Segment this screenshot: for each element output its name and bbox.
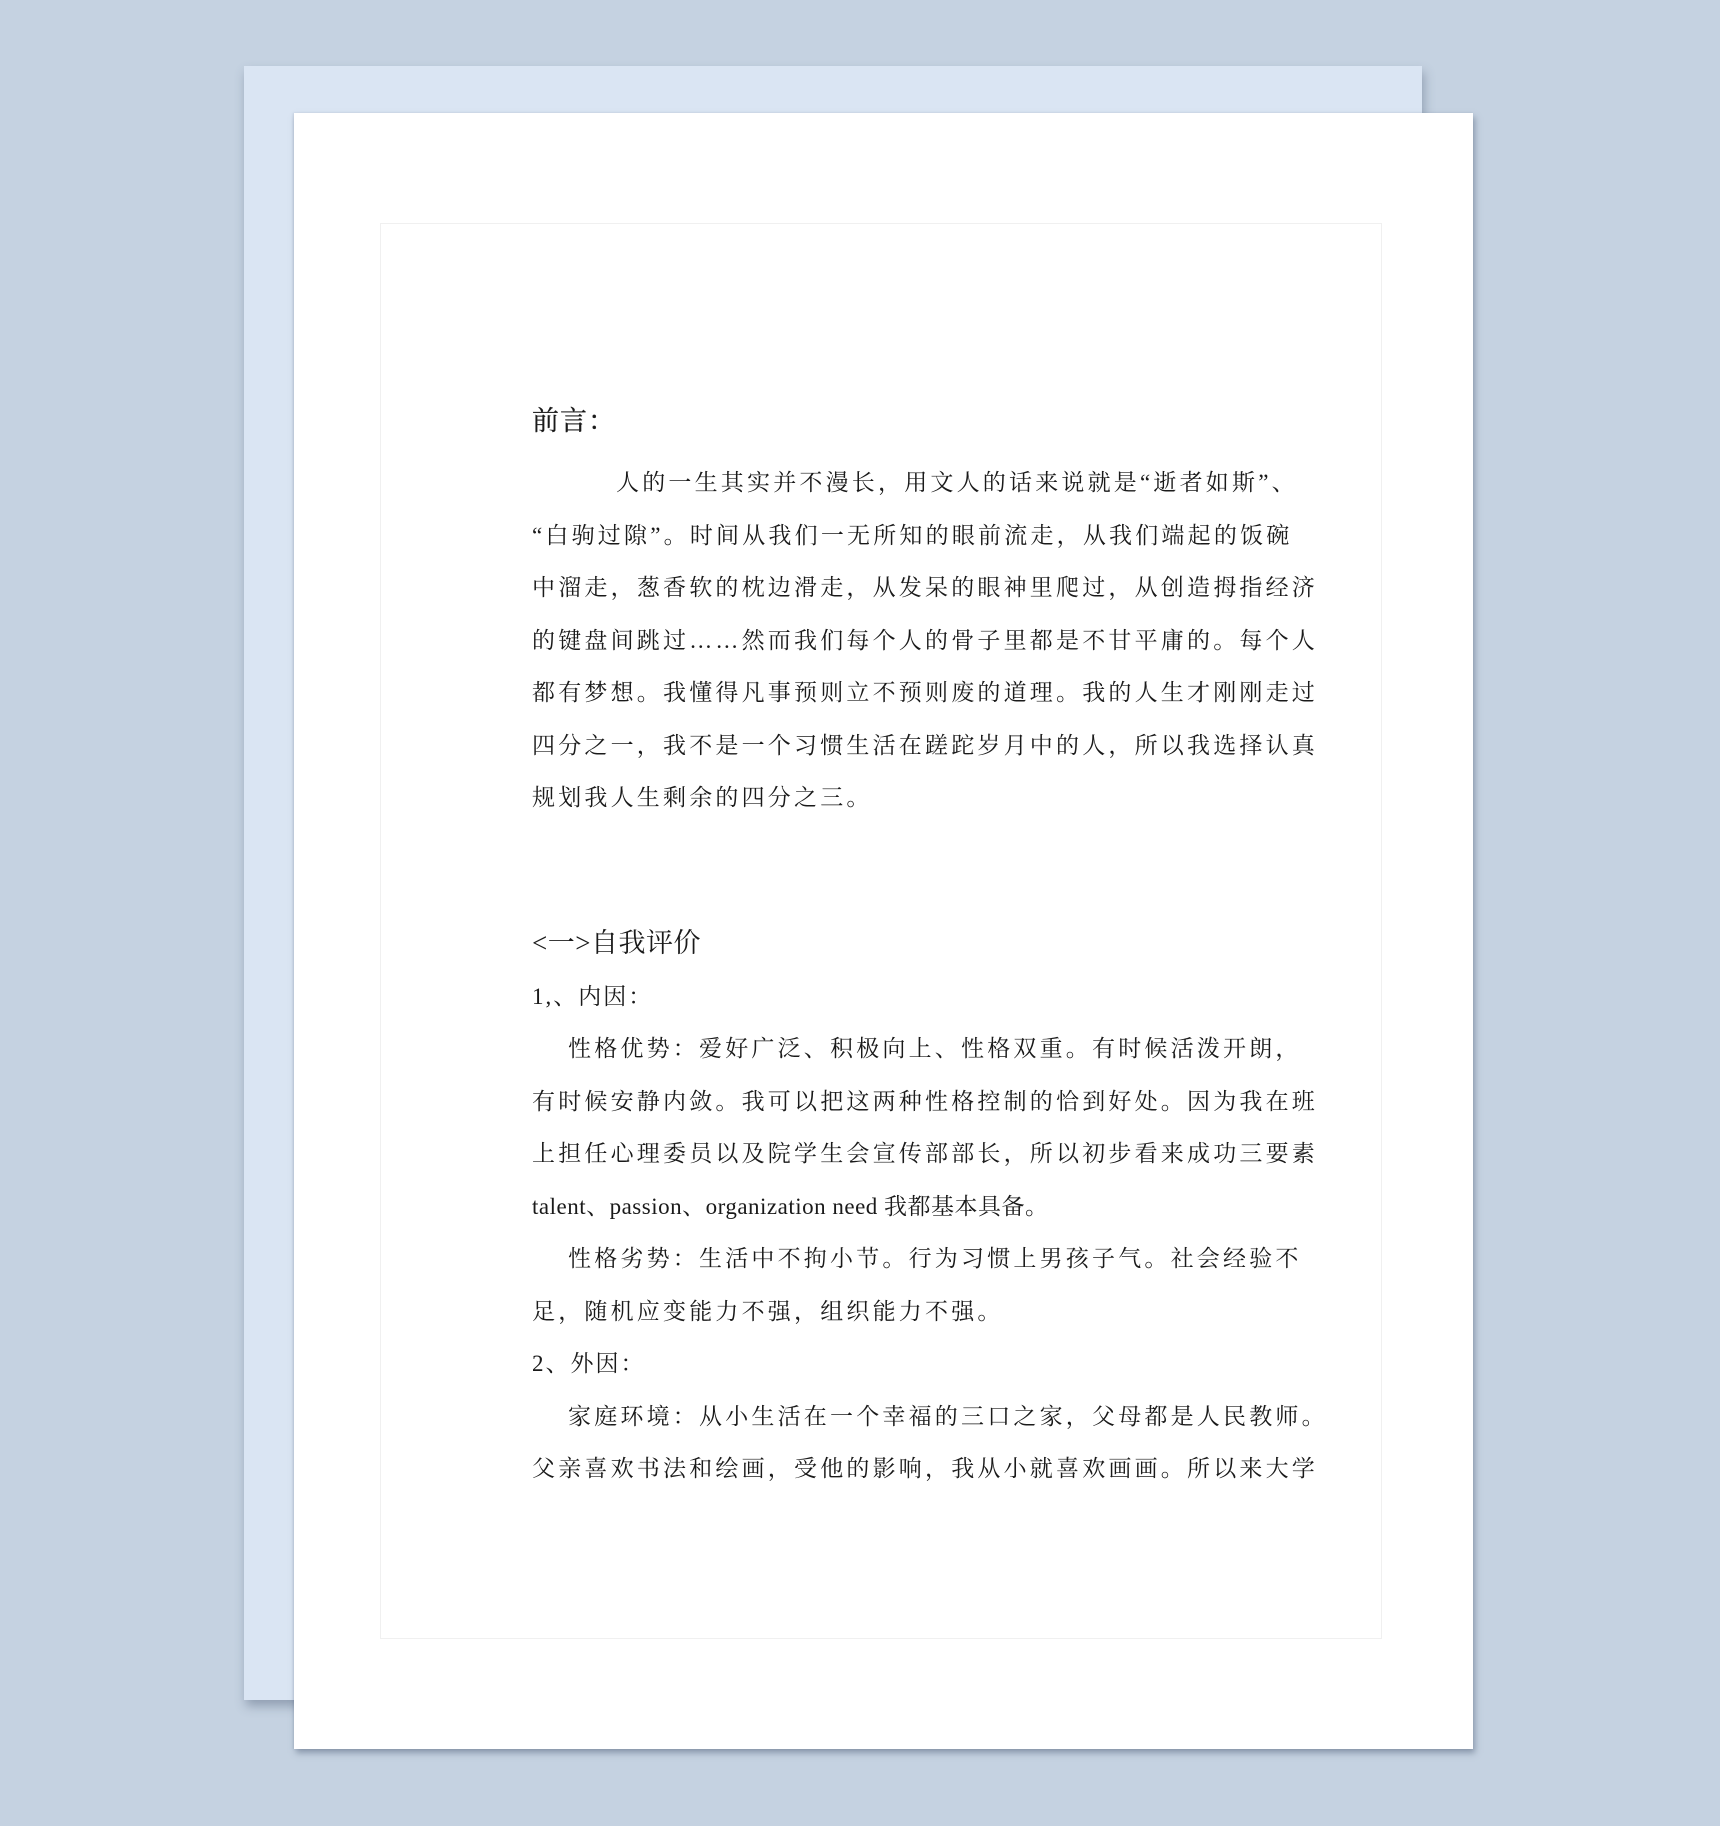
spacer bbox=[532, 439, 1232, 457]
external-factors-label: 2、外因： bbox=[532, 1338, 1232, 1391]
preface-title: 前言： bbox=[532, 403, 1232, 439]
weaknesses-paragraph: 性格劣势：生活中不拘小节。行为习惯上男孩子气。社会经验不 足，随机应变能力不强，… bbox=[532, 1233, 1232, 1338]
document-page: 前言： 人的一生其实并不漫长，用文人的话来说就是“逝者如斯”、 “白驹过隙”。时… bbox=[294, 113, 1473, 1749]
text-line: 四分之一，我不是一个习惯生活在蹉跎岁月中的人，所以我选择认真 bbox=[532, 720, 1232, 773]
text-line: 规划我人生剩余的四分之三。 bbox=[532, 772, 1232, 825]
text-line: 足，随机应变能力不强，组织能力不强。 bbox=[532, 1286, 1232, 1339]
preface-paragraph: 人的一生其实并不漫长，用文人的话来说就是“逝者如斯”、 “白驹过隙”。时间从我们… bbox=[532, 457, 1232, 825]
text-line: 父亲喜欢书法和绘画，受他的影响，我从小就喜欢画画。所以来大学 bbox=[532, 1443, 1232, 1496]
text-line: talent、passion、organization need 我都基本具备。 bbox=[532, 1181, 1232, 1234]
text-line: 性格优势：爱好广泛、积极向上、性格双重。有时候活泼开朗， bbox=[532, 1023, 1232, 1076]
page-content: 前言： 人的一生其实并不漫长，用文人的话来说就是“逝者如斯”、 “白驹过隙”。时… bbox=[532, 403, 1232, 1496]
text-line: 的键盘间跳过……然而我们每个人的骨子里都是不甘平庸的。每个人 bbox=[532, 615, 1232, 668]
text-line: “白驹过隙”。时间从我们一无所知的眼前流走，从我们端起的饭碗 bbox=[532, 510, 1232, 563]
internal-factors-label: 1,、内因： bbox=[532, 971, 1232, 1024]
text-line: 都有梦想。我懂得凡事预则立不预则废的道理。我的人生才刚刚走过 bbox=[532, 667, 1232, 720]
text-line: 上担任心理委员以及院学生会宣传部部长，所以初步看来成功三要素 bbox=[532, 1128, 1232, 1181]
section-title-self-evaluation: <一>自我评价 bbox=[532, 925, 1232, 961]
family-paragraph: 家庭环境：从小生活在一个幸福的三口之家，父母都是人民教师。 父亲喜欢书法和绘画，… bbox=[532, 1391, 1232, 1496]
text-line: 人的一生其实并不漫长，用文人的话来说就是“逝者如斯”、 bbox=[532, 457, 1232, 510]
text-line: 家庭环境：从小生活在一个幸福的三口之家，父母都是人民教师。 bbox=[532, 1391, 1232, 1444]
strengths-paragraph: 性格优势：爱好广泛、积极向上、性格双重。有时候活泼开朗， 有时候安静内敛。我可以… bbox=[532, 1023, 1232, 1233]
text-line: 中溜走，葱香软的枕边滑走，从发呆的眼神里爬过，从创造拇指经济 bbox=[532, 562, 1232, 615]
text-line: 有时候安静内敛。我可以把这两种性格控制的恰到好处。因为我在班 bbox=[532, 1076, 1232, 1129]
spacer bbox=[532, 825, 1232, 925]
text-line: 性格劣势：生活中不拘小节。行为习惯上男孩子气。社会经验不 bbox=[532, 1233, 1232, 1286]
